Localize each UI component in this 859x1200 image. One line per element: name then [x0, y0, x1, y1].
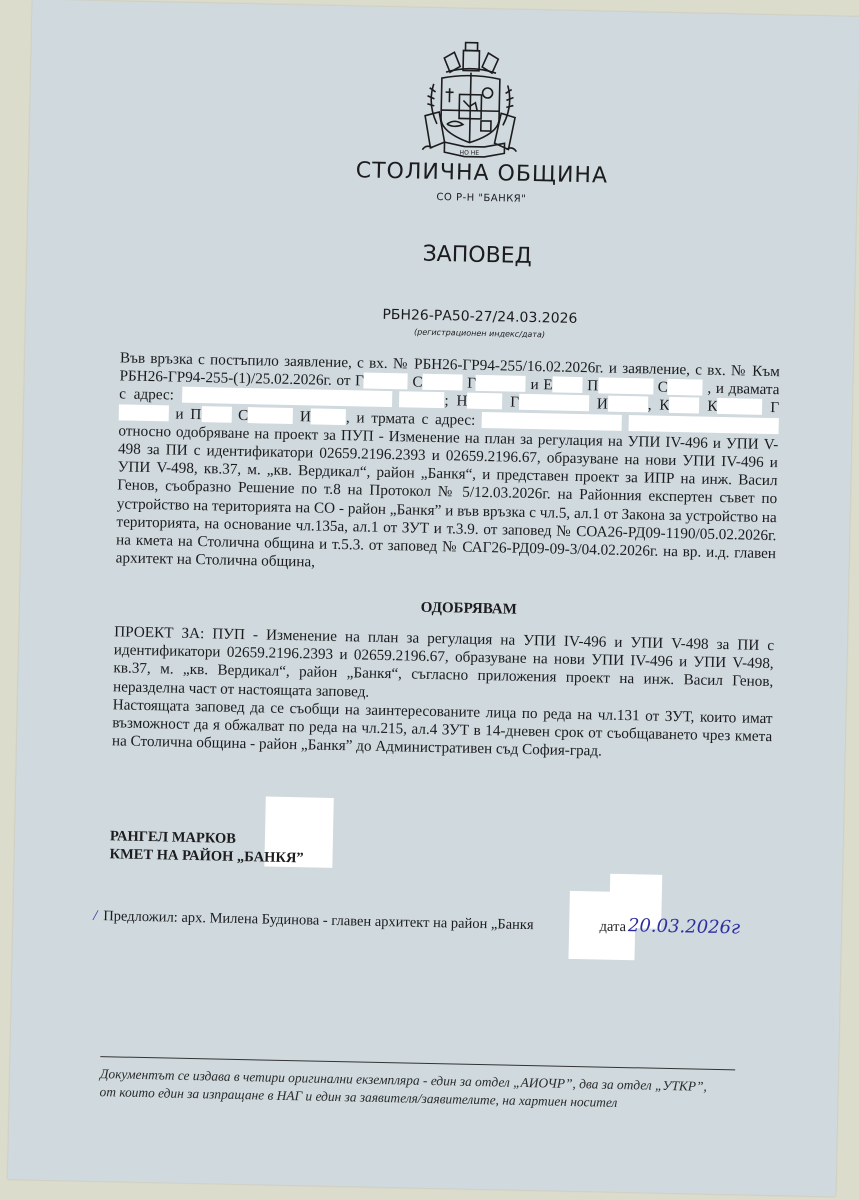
intro-text: К [699, 398, 717, 415]
intro-text: С [231, 406, 248, 423]
initial-mark-icon: / [93, 908, 97, 924]
intro-text: И [293, 408, 311, 425]
redaction-block [119, 404, 169, 421]
svg-text:НО НЕ: НО НЕ [460, 149, 480, 156]
redaction-block [182, 387, 392, 407]
redaction-block [608, 396, 648, 413]
date-label: дата [599, 919, 626, 936]
redaction-block [519, 394, 589, 411]
redaction-block [201, 406, 231, 423]
redaction-block [311, 408, 346, 425]
redaction-block [717, 398, 762, 415]
document-page: НО НЕ СТОЛИЧНА ОБЩИНА СО Р-Н "БАНКЯ" ЗАП… [8, 0, 859, 1197]
intro-text: , К [648, 397, 670, 414]
intro-text: , и трмата с адрес: [346, 409, 482, 429]
redaction-block [482, 412, 622, 431]
redaction-block [467, 393, 502, 410]
document-title: ЗАПОВЕД [27, 233, 855, 275]
sofia-coat-of-arms-icon: НО НЕ [414, 38, 526, 160]
decision-section: ПРОЕКТ ЗА: ПУП - Изменение на план за ре… [112, 623, 775, 764]
redaction-block [248, 407, 293, 424]
intro-text: Г [462, 375, 476, 392]
intro-text: и П [169, 405, 202, 423]
intro-paragraph: Във връзка с постъпило заявление, с вх. … [116, 349, 780, 581]
signatory-block: РАНГЕЛ МАРКОВ КМЕТ НА РАЙОН „БАНКЯ” [109, 827, 304, 867]
redaction-block [629, 415, 779, 434]
redaction-block [552, 377, 582, 394]
intro-text: Г [762, 399, 779, 416]
intro-text: и Е [526, 376, 553, 394]
intro-text: И [589, 396, 608, 413]
redaction-block [364, 373, 408, 390]
redaction-block [399, 392, 444, 409]
footer-note: Документът се издава в четири оригинални… [99, 1065, 760, 1115]
decision-paragraph: ПРОЕКТ ЗА: ПУП - Изменение на план за ре… [113, 623, 774, 710]
intro-text: С [653, 379, 668, 396]
intro-text: С [408, 374, 423, 391]
proposer-text: Предложил: арх. Милена Будинова - главен… [103, 908, 534, 933]
proposer-line: /Предложил: арх. Милена Будинова - главе… [93, 904, 833, 940]
signatory-position: КМЕТ НА РАЙОН „БАНКЯ” [109, 845, 303, 867]
approve-heading: ОДОБРЯВАМ [20, 591, 848, 625]
redaction-block [668, 379, 703, 396]
redaction-block [422, 374, 462, 391]
intro-text: относно одобряване на проект за ПУП - Из… [116, 422, 779, 571]
proposer-signature-space [534, 929, 600, 930]
redaction-block [669, 397, 699, 414]
intro-text: ; Н [444, 393, 467, 410]
redaction-block [598, 378, 653, 395]
handwritten-date: 20.03.2026г [628, 915, 741, 938]
redaction-block [476, 375, 526, 392]
intro-text: Г [502, 394, 519, 411]
intro-text: П [582, 377, 598, 394]
